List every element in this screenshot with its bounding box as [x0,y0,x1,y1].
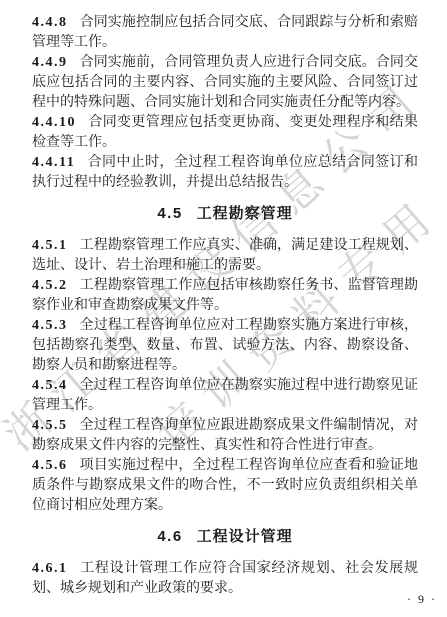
clause-4.4.9: 4.4.9合同实施前，合同管理负责人应进行合同交底。合同交底应包括合同的主要内容… [32,53,418,113]
clause-number: 4.5.3 [32,318,68,333]
clause-text: 合同中止时，全过程工程咨询单位应总结合同签订和执行过程中的经验教训，并提出总结报… [32,155,418,190]
clause-4.5.5: 4.5.5全过程工程咨询单位应跟进勘察成果文件编制情况，对勘察成果文件内容的完整… [32,416,418,456]
clause-number: 4.5.1 [32,238,68,253]
section-number: 4.5 [157,205,182,222]
clause-4.4.8: 4.4.8合同实施控制应包括合同交底、合同跟踪与分析和索赔管理等工作。 [32,13,418,53]
clause-4.5.2: 4.5.2工程勘察管理工作应包括审核勘察任务书、监督管理勘察作业和审查勘察成果文… [32,276,418,316]
clause-4.4.11: 4.4.11合同中止时，全过程工程咨询单位应总结合同签订和执行过程中的经验教训，… [32,153,418,193]
clause-text: 合同实施前，合同管理负责人应进行合同交底。合同交底应包括合同的主要内容、合同实施… [32,55,418,110]
section-heading-4.5: 4.5工程勘察管理 [32,204,418,224]
clause-number: 4.4.8 [32,15,68,30]
clause-4.5.1: 4.5.1工程勘察管理工作应真实、准确，满足建设工程规划、选址、设计、岩土治理和… [32,236,418,276]
clause-4.5.3: 4.5.3全过程工程咨询单位应对工程勘察实施方案进行审核，包括勘察孔类型、数量、… [32,316,418,376]
clause-4.6.1: 4.6.1工程设计管理工作应符合国家经济规划、社会发展规划、城乡规划和产业政策的… [32,559,418,599]
clause-number: 4.4.9 [32,55,68,70]
clause-text: 全过程工程咨询单位应对工程勘察实施方案进行审核，包括勘察孔类型、数量、布置、试验… [32,318,418,373]
clause-text: 合同实施控制应包括合同交底、合同跟踪与分析和索赔管理等工作。 [32,15,418,50]
section-title: 工程设计管理 [197,528,293,545]
page-number: · 9 · [407,592,437,607]
section-title: 工程勘察管理 [197,205,293,222]
clause-number: 4.4.10 [32,115,76,130]
clause-number: 4.5.4 [32,378,68,393]
section-heading-4.6: 4.6工程设计管理 [32,527,418,547]
clause-4.4.10: 4.4.10合同变更管理应包括变更协商、变更处理程序和结果检查等工作。 [32,113,418,153]
clause-text: 全过程工程咨询单位应在勘察实施过程中进行勘察见证管理工作。 [32,378,418,413]
clause-text: 全过程工程咨询单位应跟进勘察成果文件编制情况，对勘察成果文件内容的完整性、真实性… [32,418,418,453]
clause-text: 工程勘察管理工作应包括审核勘察任务书、监督管理勘察作业和审查勘察成果文件等。 [32,278,418,313]
document-body: 4.4.8合同实施控制应包括合同交底、合同跟踪与分析和索赔管理等工作。4.4.9… [32,13,418,599]
clause-text: 工程设计管理工作应符合国家经济规划、社会发展规划、城乡规划和产业政策的要求。 [32,561,418,596]
clause-number: 4.5.2 [32,278,68,293]
document-page: 浙江省建设信息公司 培训资料专用 4.4.8合同实施控制应包括合同交底、合同跟踪… [0,0,447,617]
clause-number: 4.5.6 [32,458,68,473]
clause-number: 4.4.11 [32,155,75,170]
clause-text: 合同变更管理应包括变更协商、变更处理程序和结果检查等工作。 [32,115,418,150]
clause-4.5.4: 4.5.4全过程工程咨询单位应在勘察实施过程中进行勘察见证管理工作。 [32,376,418,416]
clause-number: 4.5.5 [32,418,68,433]
clause-4.5.6: 4.5.6项目实施过程中，全过程工程咨询单位应查看和验证地质条件与勘察成果文件的… [32,456,418,516]
clause-number: 4.6.1 [32,561,68,576]
section-number: 4.6 [157,528,182,545]
clause-text: 工程勘察管理工作应真实、准确，满足建设工程规划、选址、设计、岩土治理和施工的需要… [32,238,418,273]
clause-text: 项目实施过程中，全过程工程咨询单位应查看和验证地质条件与勘察成果文件的吻合性，不… [32,458,418,513]
